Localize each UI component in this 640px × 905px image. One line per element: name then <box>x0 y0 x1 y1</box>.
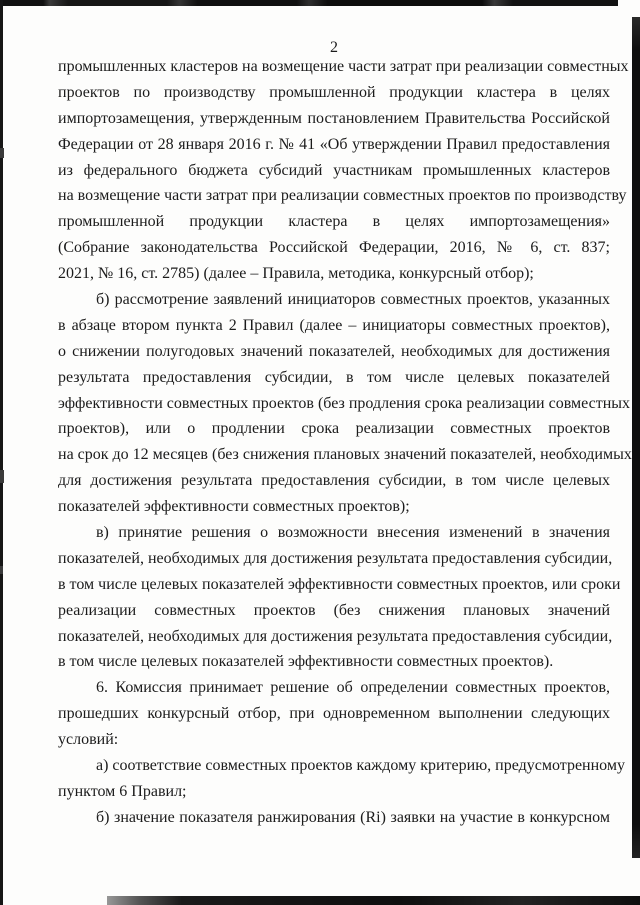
text-line: б) значение показателя ранжирования (Ri)… <box>58 805 610 831</box>
text-line: реализации совместных проектов (без сниж… <box>58 598 610 624</box>
text-line: пунктом 6 Правил; <box>58 779 610 805</box>
text-line: показателей, необходимых для достижения … <box>58 624 610 650</box>
text-line: условий: <box>58 727 610 753</box>
text-line: проектов), или о продлении срока реализа… <box>58 416 610 442</box>
scan-artifact-top-bar <box>0 0 618 6</box>
text-line: в абзаце втором пункта 2 Правил (далее –… <box>58 313 610 339</box>
scan-artifact-tick <box>0 566 3 574</box>
document-text-body: промышленных кластеров на возмещение час… <box>58 54 610 831</box>
text-line: Федерации от 28 января 2016 г. № 41 «Об … <box>58 132 610 158</box>
text-line: показателей, необходимых для достижения … <box>58 546 610 572</box>
text-line: промышленной продукции кластера в целях … <box>58 209 610 235</box>
text-line: 6. Комиссия принимает решение об определ… <box>58 675 610 701</box>
scan-artifact-left-edge <box>0 0 3 905</box>
text-line: из федерального бюджета субсидий участни… <box>58 158 610 184</box>
text-line: импортозамещения, утвержденным постановл… <box>58 106 610 132</box>
text-line: проектов по производству промышленной пр… <box>58 80 610 106</box>
text-line: в том числе целевых показателей эффектив… <box>58 649 610 675</box>
scan-artifact-right-bar <box>632 17 640 858</box>
text-line: (Собрание законодательства Российской Фе… <box>58 235 610 261</box>
text-line: в) принятие решения о возможности внесен… <box>58 520 610 546</box>
text-line: промышленных кластеров на возмещение час… <box>58 54 610 80</box>
text-line: на возмещение части затрат при реализаци… <box>58 183 610 209</box>
text-line: о снижении полугодовых значений показате… <box>58 339 610 365</box>
text-line: эффективности совместных проектов (без п… <box>58 391 610 417</box>
text-line: а) соответствие совместных проектов кажд… <box>58 753 610 779</box>
text-line: б) рассмотрение заявлений инициаторов со… <box>58 287 610 313</box>
text-line: показателей эффективности совместных про… <box>58 494 610 520</box>
scan-artifact-tick <box>0 470 4 483</box>
text-line: результата предоставления субсидии, в то… <box>58 365 610 391</box>
text-line: на срок до 12 месяцев (без снижения план… <box>58 442 610 468</box>
scan-artifact-bottom-bar <box>107 896 640 905</box>
text-line: 2021, № 16, ст. 2785) (далее – Правила, … <box>58 261 610 287</box>
text-line: для достижения результата предоставления… <box>58 468 610 494</box>
scanned-document-page: 2 промышленных кластеров на возмещение ч… <box>0 0 640 905</box>
text-line: в том числе целевых показателей эффектив… <box>58 572 610 598</box>
text-line: прошедших конкурсный отбор, при одноврем… <box>58 701 610 727</box>
scan-artifact-tick <box>0 148 4 158</box>
